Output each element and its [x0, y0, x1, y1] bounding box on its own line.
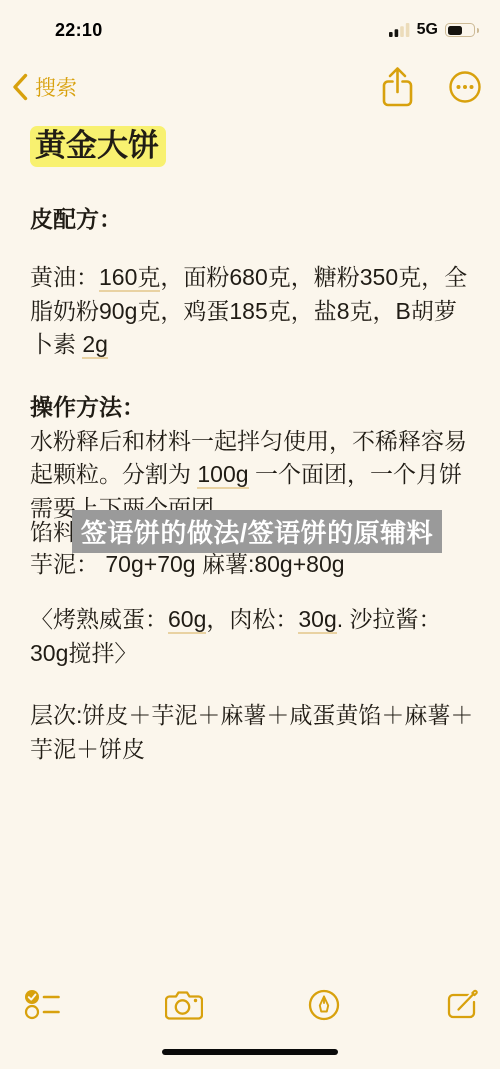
chevron-left-icon	[12, 73, 28, 101]
back-button[interactable]: 搜索	[12, 72, 77, 102]
notes-toolbar	[24, 988, 478, 1021]
note-title-highlight: 黄金大饼	[30, 126, 166, 167]
checklist-icon[interactable]	[24, 989, 60, 1020]
home-indicator[interactable]	[162, 1049, 338, 1055]
back-button-label: 搜索	[35, 72, 77, 102]
method-heading: 操作方法：	[30, 391, 479, 425]
skin-recipe-paragraph: 黄油：160克，面粉680克，糖粉350克，全脂奶粉90g克，鸡蛋185克，盐8…	[30, 261, 479, 362]
method-section: 操作方法： 水粉释后和材料一起拌匀使用，不稀释容易起颗粒。分割为 100g 一个…	[30, 391, 479, 525]
network-type-label: 5G	[417, 21, 438, 39]
camera-icon[interactable]	[165, 990, 203, 1020]
watermark-text: 签语饼的做法/签语饼的原辅料	[81, 513, 433, 550]
markup-pen-icon[interactable]	[308, 989, 340, 1021]
battery-icon	[445, 23, 475, 37]
skin-recipe-heading: 皮配方：	[30, 201, 122, 234]
egg-filling-paragraph: 〈烤熟威蛋：60g，肉松：30g. 沙拉酱：30g搅拌〉	[30, 603, 479, 670]
watermark-banner: 签语饼的做法/签语饼的原辅料	[72, 510, 442, 553]
taro-mochi-line: 芋泥： 70g+70g 麻薯:80g+80g	[30, 548, 479, 582]
note-title: 黄金大饼	[30, 126, 166, 166]
compose-icon[interactable]	[445, 988, 478, 1021]
more-options-icon[interactable]	[448, 70, 482, 104]
nav-actions	[381, 66, 482, 108]
status-time: 22:10	[55, 20, 103, 41]
status-indicators: 5G	[389, 21, 475, 39]
cellular-signal-icon	[389, 23, 410, 37]
share-icon[interactable]	[381, 66, 414, 108]
layers-paragraph: 层次:饼皮＋芋泥＋麻薯＋咸蛋黄馅＋麻薯＋芋泥＋饼皮	[30, 699, 479, 766]
